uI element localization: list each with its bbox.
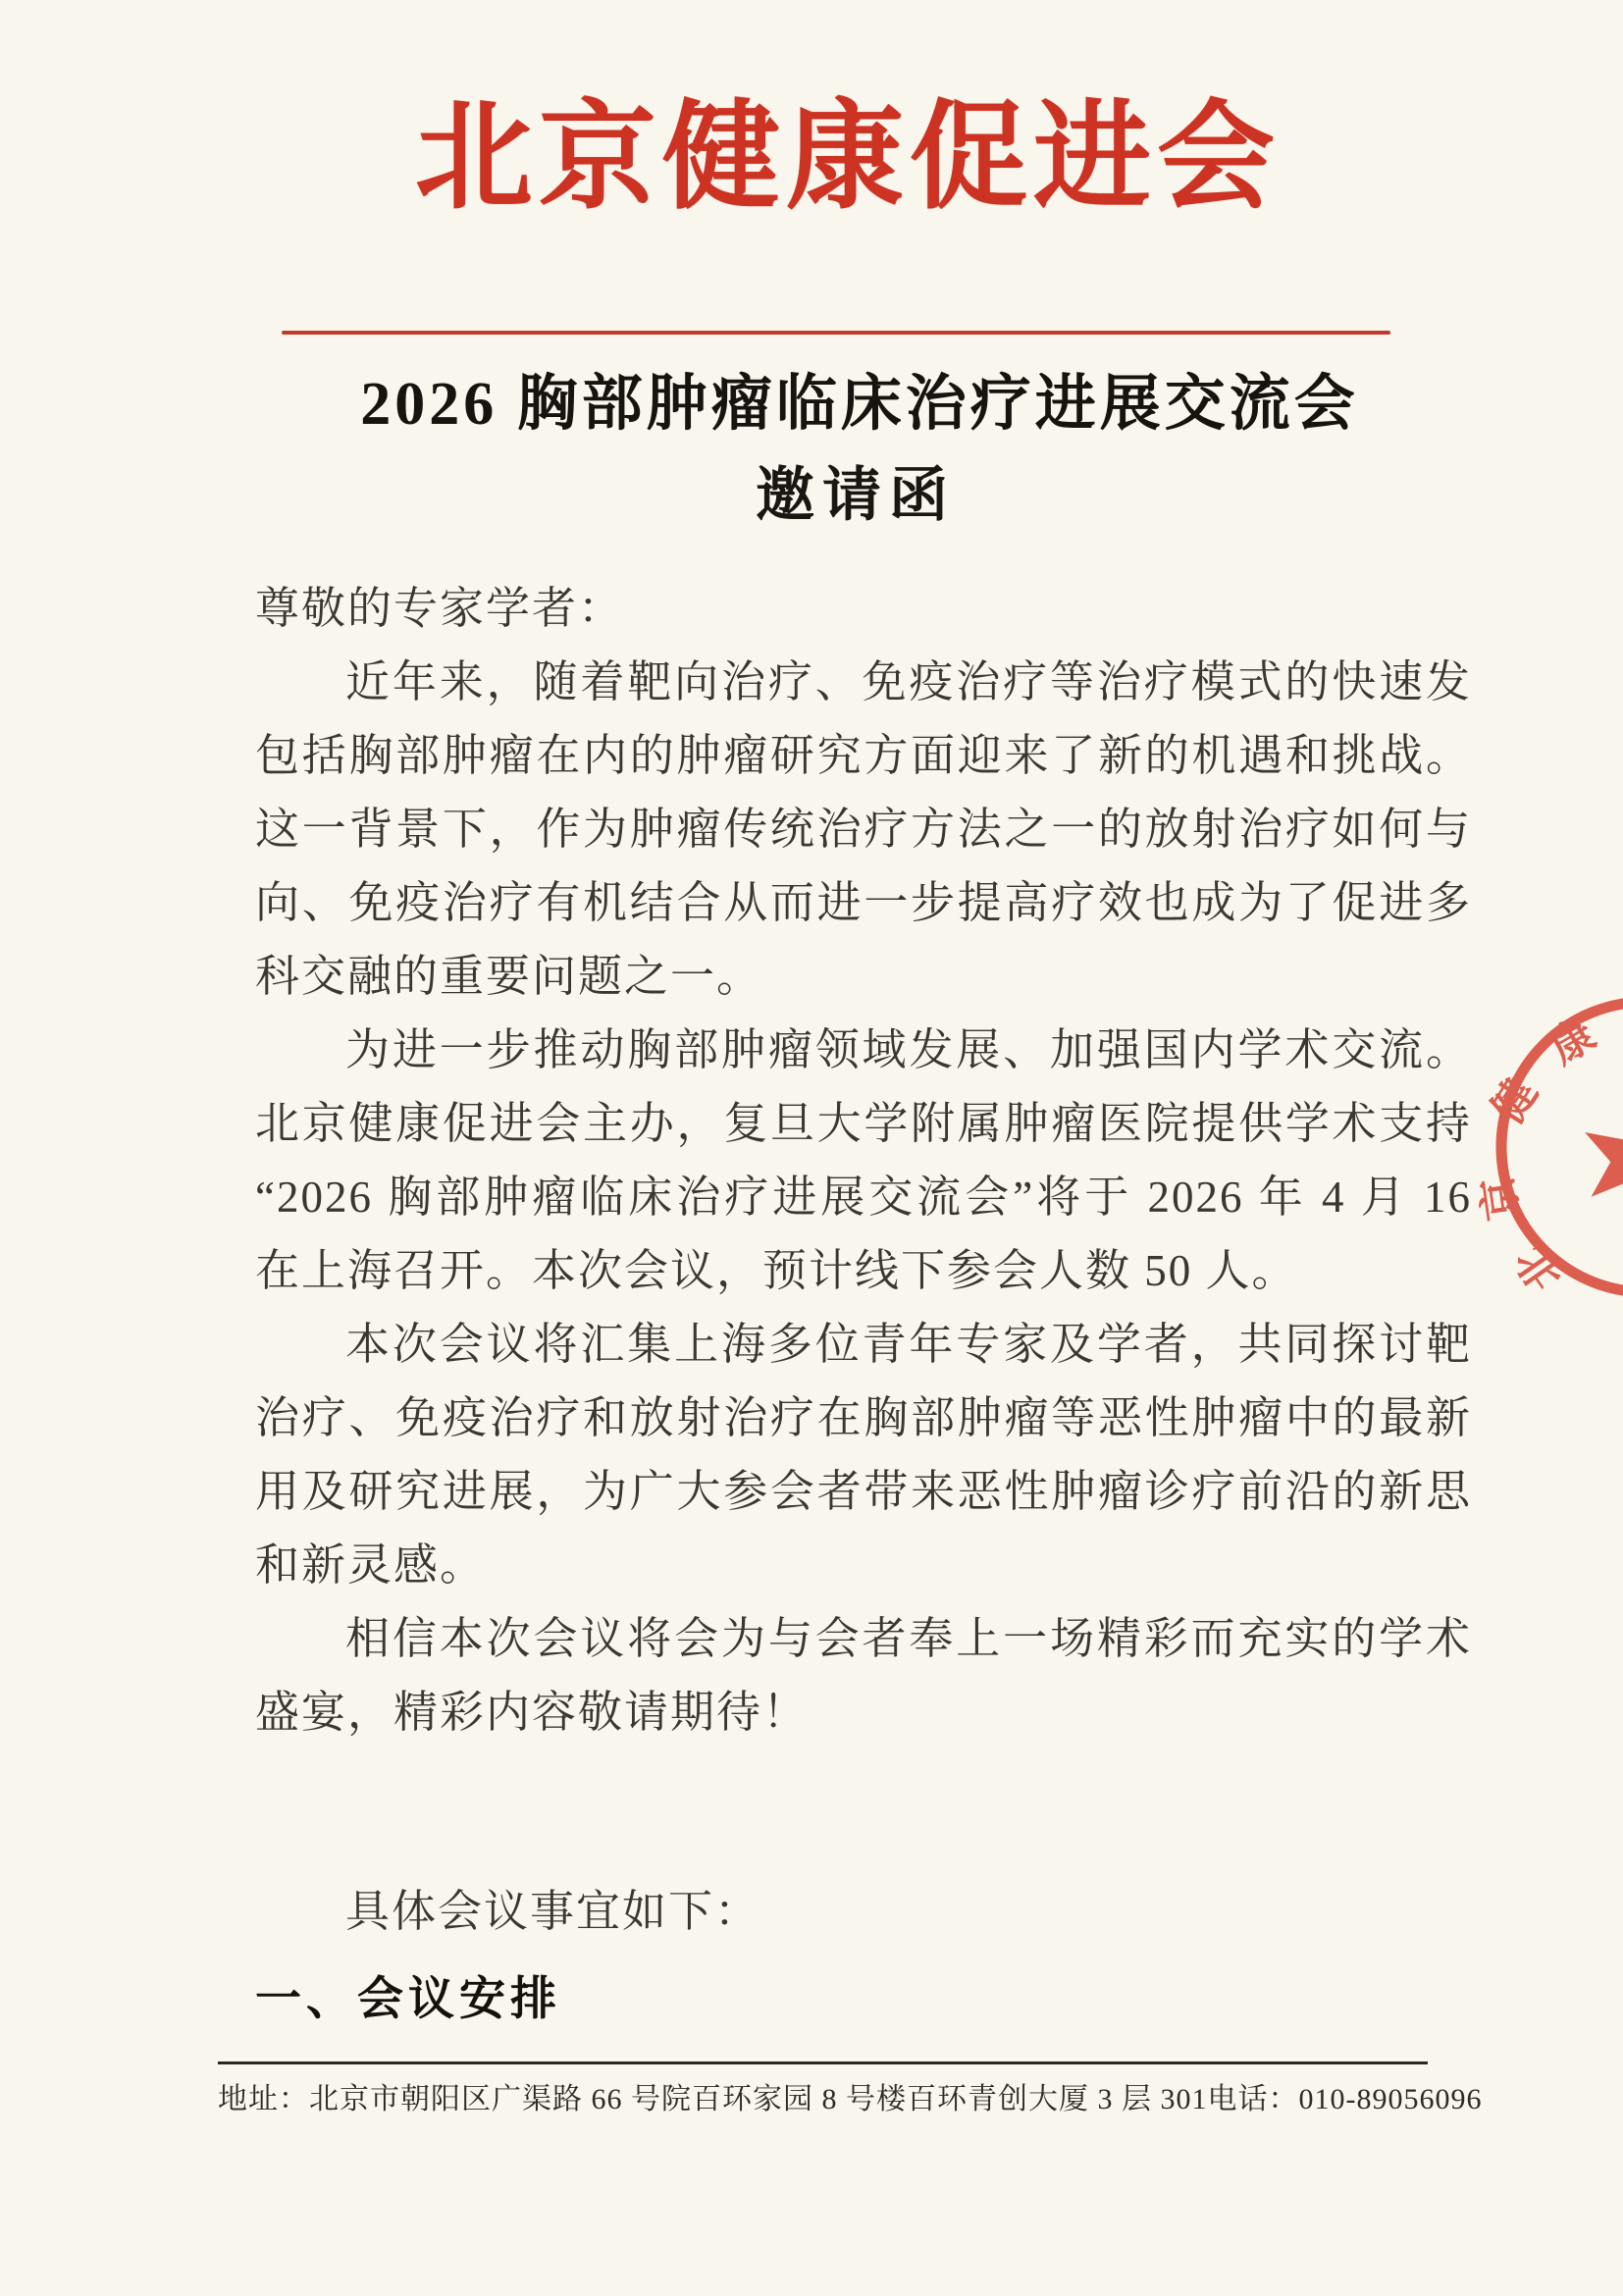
- seal-star-icon: [1572, 1095, 1623, 1215]
- body-line: 和新灵感。: [255, 1529, 1472, 1602]
- section-heading-meeting-arrangement: 一、会议安排: [255, 1960, 1472, 2039]
- phone-value: 010-89056096: [1299, 2083, 1483, 2115]
- salutation: 尊敬的专家学者：: [255, 572, 1472, 646]
- seal-char: 健: [1483, 1070, 1546, 1132]
- phone-label: 电话：: [1208, 2083, 1299, 2115]
- footer: 地址：北京市朝阳区广渠路 66 号院百环家园 8 号楼百环青创大厦 3 层 30…: [218, 2078, 1435, 2121]
- seal-ring: [1501, 1002, 1623, 1292]
- footer-phone: 电话：010-89056096: [1208, 2078, 1483, 2121]
- body-line: “2026 胸部肿瘤临床治疗进展交流会”将于 2026 年 4 月 16 日: [255, 1161, 1472, 1234]
- event-title: 2026 胸部肿瘤临床治疗进展交流会: [360, 371, 1359, 438]
- body-line: 科交融的重要问题之一。: [255, 940, 1472, 1014]
- body-line: 在上海召开。本次会议，预计线下参会人数 50 人。: [255, 1234, 1472, 1308]
- footer-divider: [218, 2061, 1428, 2064]
- body-line: 治疗、免疫治疗和放射治疗在胸部肿瘤等恶性肿瘤中的最新应: [255, 1382, 1472, 1455]
- letterhead-divider: [282, 331, 1390, 335]
- address-label: 地址：: [218, 2083, 309, 2115]
- address-value: 北京市朝阳区广渠路 66 号院百环家园 8 号楼百环青创大厦 3 层 301: [309, 2083, 1208, 2115]
- body-line: 这一背景下，作为肿瘤传统治疗方法之一的放射治疗如何与靶: [255, 793, 1472, 866]
- body-line: 具体会议事宜如下：: [255, 1875, 1472, 1949]
- seal-char: 康: [1542, 1010, 1603, 1072]
- body-line: 用及研究进展，为广大参会者带来恶性肿瘤诊疗前沿的新思维: [255, 1455, 1472, 1529]
- body-line: 相信本次会议将会为与会者奉上一场精彩而充实的学术: [255, 1602, 1472, 1676]
- body-line: 本次会议将汇集上海多位青年专家及学者，共同探讨靶向: [255, 1308, 1472, 1382]
- organization-title: 北京健康促进会: [415, 96, 1281, 220]
- body-line: 北京健康促进会主办，复旦大学附属肿瘤医院提供学术支持的: [255, 1087, 1472, 1161]
- scanned-invitation-letter: 北京健康促进会 2026 胸部肿瘤临床治疗进展交流会 邀请函 尊敬的专家学者： …: [0, 0, 1623, 2296]
- official-seal-stamp: 北 京 健 康 促 进 会: [1460, 983, 1623, 1313]
- body-line: 向、免疫治疗有机结合从而进一步提高疗效也成为了促进多学: [255, 866, 1472, 940]
- body-line: 近年来，随着靶向治疗、免疫治疗等治疗模式的快速发展，: [255, 646, 1472, 719]
- body-line: 为进一步推动胸部肿瘤领域发展、加强国内学术交流。由: [255, 1014, 1472, 1087]
- seal-char: 北: [1506, 1236, 1570, 1299]
- footer-address: 地址：北京市朝阳区广渠路 66 号院百环家园 8 号楼百环青创大厦 3 层 30…: [218, 2078, 1208, 2121]
- letter-body: 尊敬的专家学者： 近年来，随着靶向治疗、免疫治疗等治疗模式的快速发展， 包括胸部…: [255, 572, 1472, 2039]
- seal-char: 京: [1474, 1174, 1528, 1224]
- body-line: 包括胸部肿瘤在内的肿瘤研究方面迎来了新的机遇和挑战。在: [255, 719, 1472, 793]
- document-type-title: 邀请函: [756, 463, 956, 528]
- body-line: 盛宴，精彩内容敬请期待！: [255, 1676, 1472, 1749]
